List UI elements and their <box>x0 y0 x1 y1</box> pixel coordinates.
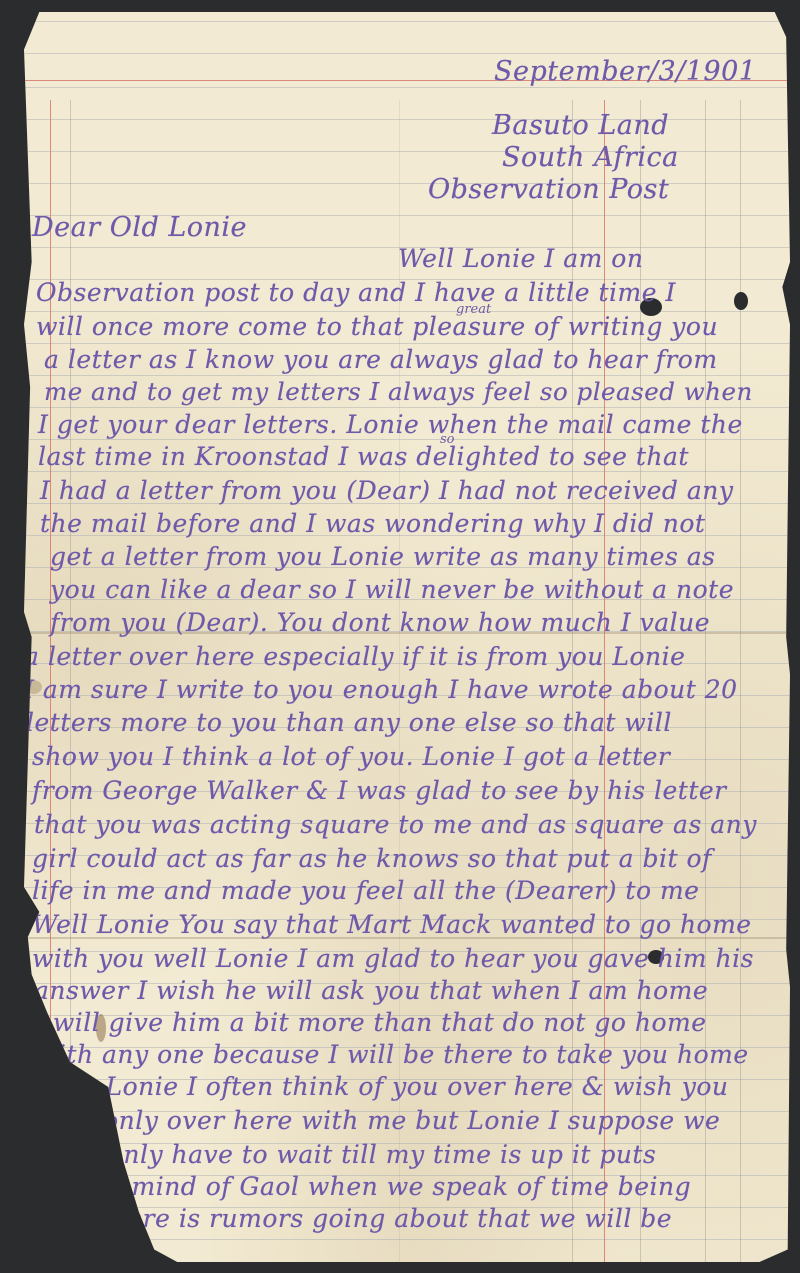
body-line: answer I wish he will ask you that when … <box>34 976 708 1005</box>
body-line: with you well Lonie I am glad to hear yo… <box>32 944 754 973</box>
body-line: from you (Dear). You dont know how much … <box>50 608 710 637</box>
body-line: a letter over here especially if it is f… <box>24 642 685 671</box>
paper-hole <box>734 292 748 310</box>
body-line: up There is rumors going about that we w… <box>52 1204 672 1233</box>
body-line: girl could act as far as he knows so tha… <box>32 844 712 873</box>
opening-line: Well Lonie I am on <box>398 244 643 273</box>
location-line: South Africa <box>502 142 679 173</box>
letter-paper: September/3/1901 Basuto Land South Afric… <box>24 12 790 1262</box>
body-line: I had a letter from you (Dear) I had not… <box>40 476 733 505</box>
body-line: was only over here with me but Lonie I s… <box>44 1106 720 1135</box>
body-line: me in mind of Gaol when we speak of time… <box>50 1172 691 1201</box>
body-line: from George Walker & I was glad to see b… <box>32 776 727 805</box>
location-line: Basuto Land <box>492 110 669 141</box>
body-line: soon Lonie I often think of you over her… <box>36 1072 729 1101</box>
body-line: show you I think a lot of you. Lonie I g… <box>32 742 670 771</box>
body-line: the mail before and I was wondering why … <box>40 509 705 538</box>
body-line: Observation post to day and I have a lit… <box>36 278 676 307</box>
body-line: with any one because I will be there to … <box>36 1040 749 1069</box>
body-line: get a letter from you Lonie write as man… <box>50 542 716 571</box>
body-line: you can like a dear so I will never be w… <box>50 575 734 604</box>
body-line: a letter as I know you are always glad t… <box>44 345 718 374</box>
scanned-letter: September/3/1901 Basuto Land South Afric… <box>0 0 800 1273</box>
body-line: life in me and made you feel all the (De… <box>32 876 699 905</box>
salutation: Dear Old Lonie <box>32 212 247 243</box>
body-line: I get your dear letters. Lonie when the … <box>38 410 743 439</box>
body-line: will only have to wait till my time is u… <box>52 1140 656 1169</box>
body-line: will once more come to that pleasure of … <box>36 312 718 341</box>
body-line: I am sure I write to you enough I have w… <box>24 675 738 704</box>
body-line: that you was acting square to me and as … <box>34 810 757 839</box>
body-line: last time in Kroonstad I was delighted t… <box>38 442 689 471</box>
body-line: I will give him a bit more than that do … <box>34 1008 707 1037</box>
body-line: me and to get my letters I always feel s… <box>44 377 753 406</box>
letter-date: September/3/1901 <box>494 56 756 87</box>
body-line: Well Lonie You say that Mart Mack wanted… <box>32 910 752 939</box>
column-rule <box>740 100 741 1262</box>
body-line: letters more to you than any one else so… <box>26 708 672 737</box>
location-line: Observation Post <box>428 174 669 205</box>
